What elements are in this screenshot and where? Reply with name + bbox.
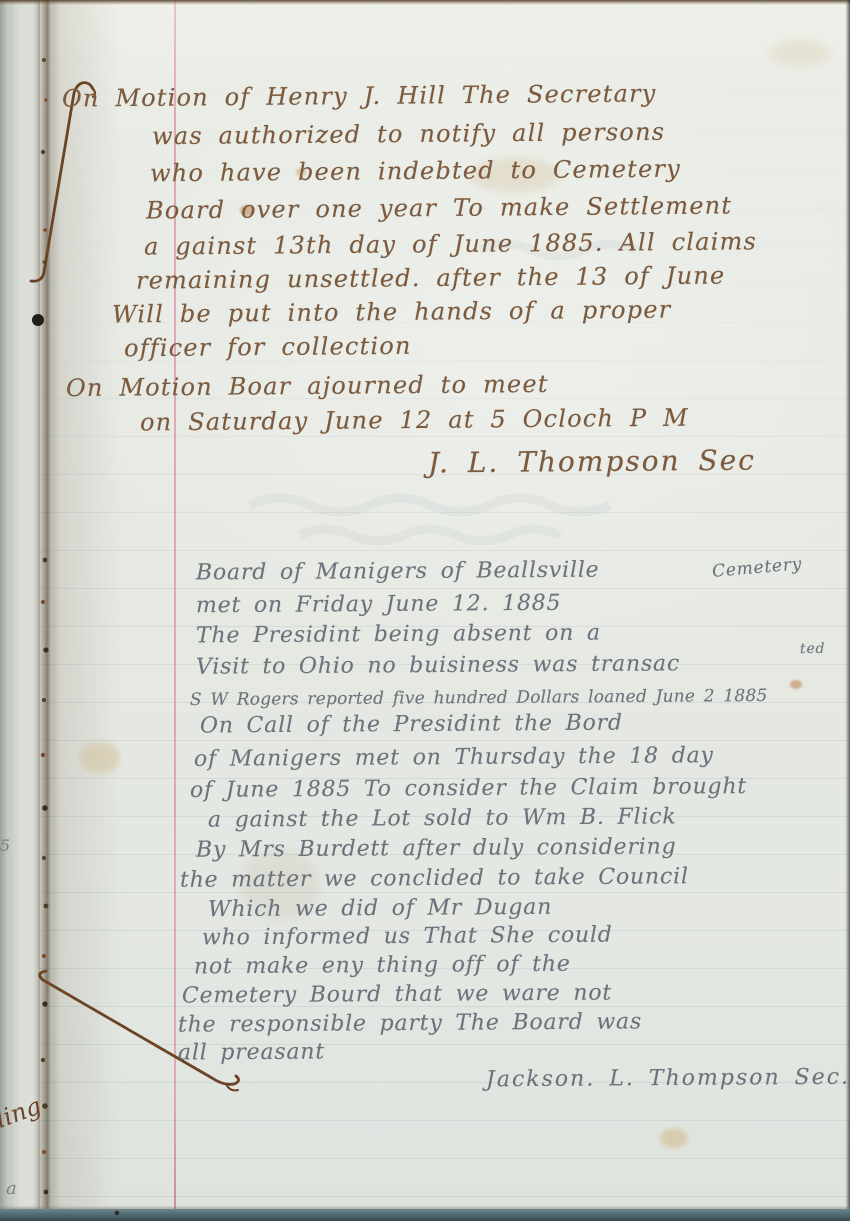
manuscript-line: all preasant — [178, 1041, 325, 1064]
manuscript-line: S W Rogers reported five hundred Dollars… — [190, 688, 768, 709]
desk-background-strip — [0, 1209, 850, 1221]
scanned-manuscript-page: On Motion of Henry J. Hill The Secretary… — [0, 0, 850, 1221]
superscript-correction: ted — [800, 642, 825, 656]
manuscript-line: who informed us That She could — [202, 925, 613, 950]
manuscript-line: Visit to Ohio no buisiness was transac — [196, 653, 680, 678]
secretary-signature: Jackson. L. Thompson Sec. — [486, 1067, 850, 1092]
previous-page-sliver — [10, 0, 40, 1221]
manuscript-line: Cemetery Bourd that we ware not — [182, 982, 612, 1007]
margin-fragment: 5 — [0, 836, 10, 855]
manuscript-line: Board over one year To make Settlement — [146, 193, 732, 222]
manuscript-line: Which we did of Mr Dugan — [208, 897, 552, 921]
book-edge-top — [0, 0, 850, 5]
manuscript-line: was authorized to notify all persons — [152, 120, 665, 148]
manuscript-line: of June 1885 To consider the Claim broug… — [190, 776, 747, 802]
manuscript-line: a gainst the Lot sold to Wm B. Flick — [208, 806, 677, 831]
smudge — [770, 40, 830, 66]
fox-spot — [660, 1128, 688, 1148]
manuscript-line: a gainst 13th day of June 1885. All clai… — [144, 229, 757, 258]
manuscript-line: The Presidint being absent on a — [196, 623, 601, 648]
line-tail-word: Cemetery — [711, 556, 802, 581]
manuscript-line: remaining unsettled. after the 13 of Jun… — [136, 263, 726, 292]
manuscript-line: On Call of the Presidint the Bord — [200, 713, 623, 738]
manuscript-line: the responsible party The Board was — [178, 1011, 642, 1036]
manuscript-line: not make eny thing off of the — [194, 954, 571, 979]
manuscript-line: Will be put into the hands of a proper — [112, 298, 672, 327]
fox-spot — [790, 680, 802, 689]
book-edge-right — [845, 0, 850, 1221]
margin-fragment: a — [6, 1178, 17, 1199]
manuscript-line: who have been indebted to Cemetery — [150, 157, 681, 186]
manuscript-line: By Mrs Burdett after duly considering — [196, 836, 677, 861]
manuscript-line: officer for collection — [124, 334, 412, 361]
secretary-signature: J. L. Thompson Sec — [428, 447, 756, 478]
manuscript-line: the matter we conclided to take Council — [180, 866, 689, 892]
manuscript-line: Board of Manigers of Beallsville — [196, 560, 600, 585]
manuscript-line: of Manigers met on Thursday the 18 day — [194, 745, 714, 771]
manuscript-line: On Motion Boar ajourned to meet — [66, 372, 549, 400]
manuscript-line: on Saturday June 12 at 5 Ocloch P M — [140, 406, 689, 435]
gutter-shadow — [52, 0, 122, 1221]
manuscript-line: On Motion of Henry J. Hill The Secretary — [62, 81, 657, 110]
manuscript-line: met on Friday June 12. 1885 — [196, 593, 561, 618]
